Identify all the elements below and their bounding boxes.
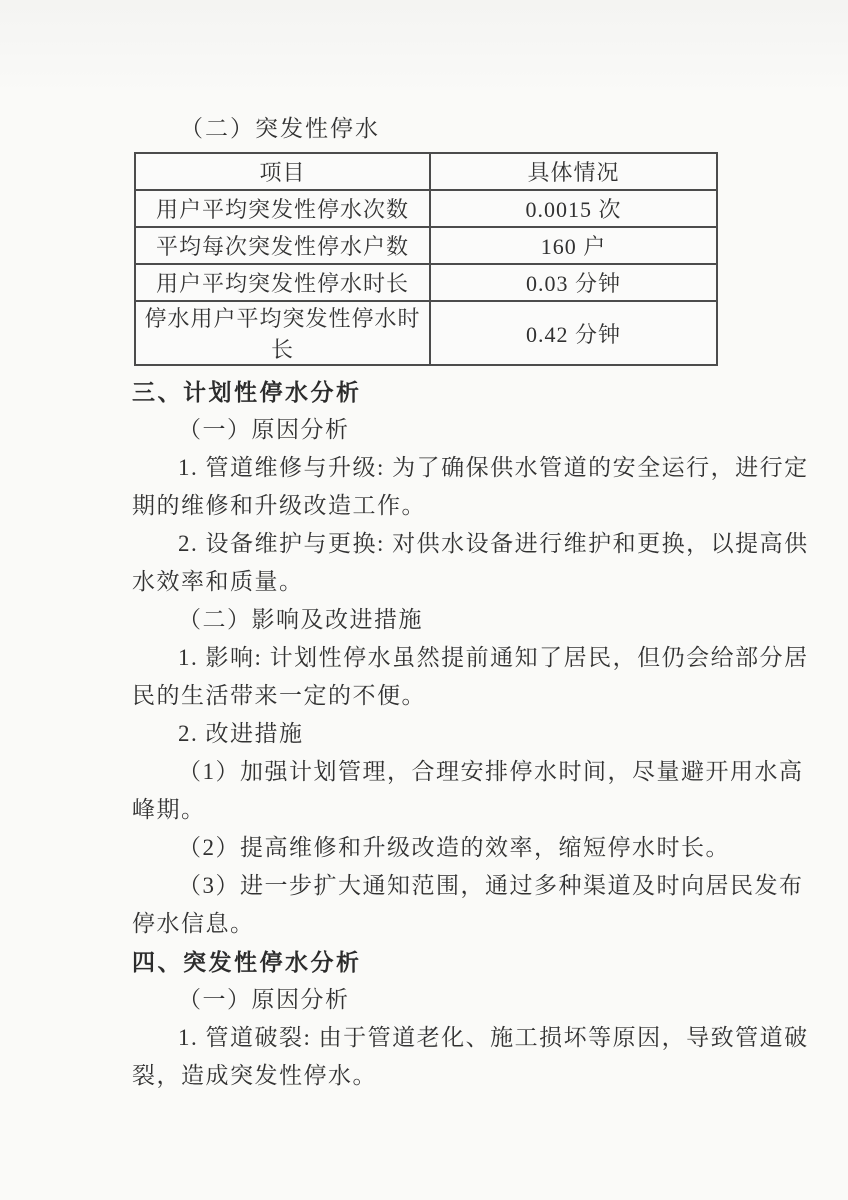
table-row: 停水用户平均突发性停水时长 0.42 分钟 (135, 301, 717, 365)
table-row: 平均每次突发性停水户数 160 户 (135, 227, 717, 264)
body-line: 水效率和质量。 (132, 563, 792, 601)
document-content: （二）突发性停水 项目 具体情况 用户平均突发性停水次数 0.0015 次 平均… (132, 110, 792, 1095)
table-cell-value: 0.03 分钟 (430, 264, 717, 301)
body-line: 1. 管道维修与升级: 为了确保供水管道的安全运行，进行定 (132, 449, 792, 487)
body-line: 1. 管道破裂: 由于管道老化、施工损坏等原因，导致管道破 (132, 1019, 792, 1057)
table-header-detail: 具体情况 (430, 153, 717, 190)
table-cell-item: 用户平均突发性停水时长 (135, 264, 430, 301)
subsection-heading: （一）原因分析 (132, 981, 792, 1019)
section-heading-sudden-analysis: 四、突发性停水分析 (132, 943, 792, 981)
body-text: 三、计划性停水分析 （一）原因分析 1. 管道维修与升级: 为了确保供水管道的安… (132, 373, 792, 1095)
body-line: 峰期。 (132, 791, 792, 829)
table-cell-item: 用户平均突发性停水次数 (135, 190, 430, 227)
table-cell-item: 停水用户平均突发性停水时长 (135, 301, 430, 365)
table-header-item: 项目 (135, 153, 430, 190)
subsection-heading: （一）原因分析 (132, 411, 792, 449)
body-line: （2）提高维修和升级改造的效率，缩短停水时长。 (132, 829, 792, 867)
subsection-heading: （二）影响及改进措施 (132, 601, 792, 639)
body-line: 裂，造成突发性停水。 (132, 1057, 792, 1095)
body-line: 1. 影响: 计划性停水虽然提前通知了居民，但仍会给部分居 (132, 639, 792, 677)
body-line: 期的维修和升级改造工作。 (132, 487, 792, 525)
table-cell-value: 0.42 分钟 (430, 301, 717, 365)
body-line: （3）进一步扩大通知范围，通过多种渠道及时向居民发布 (132, 867, 792, 905)
body-line: （1）加强计划管理，合理安排停水时间，尽量避开用水高 (132, 753, 792, 791)
table-cell-item: 平均每次突发性停水户数 (135, 227, 430, 264)
table-row: 用户平均突发性停水次数 0.0015 次 (135, 190, 717, 227)
body-line: 2. 设备维护与更换: 对供水设备进行维护和更换，以提高供 (132, 525, 792, 563)
section-heading-sudden-outage: （二）突发性停水 (132, 110, 792, 148)
table-cell-value: 160 户 (430, 227, 717, 264)
table-cell-value: 0.0015 次 (430, 190, 717, 227)
document-page: （二）突发性停水 项目 具体情况 用户平均突发性停水次数 0.0015 次 平均… (0, 0, 848, 1200)
section-heading-planned-analysis: 三、计划性停水分析 (132, 373, 792, 411)
body-line: 民的生活带来一定的不便。 (132, 677, 792, 715)
table-header-row: 项目 具体情况 (135, 153, 717, 190)
outage-stats-table: 项目 具体情况 用户平均突发性停水次数 0.0015 次 平均每次突发性停水户数… (134, 152, 718, 366)
body-line: 2. 改进措施 (132, 715, 792, 753)
table-row: 用户平均突发性停水时长 0.03 分钟 (135, 264, 717, 301)
body-line: 停水信息。 (132, 905, 792, 943)
